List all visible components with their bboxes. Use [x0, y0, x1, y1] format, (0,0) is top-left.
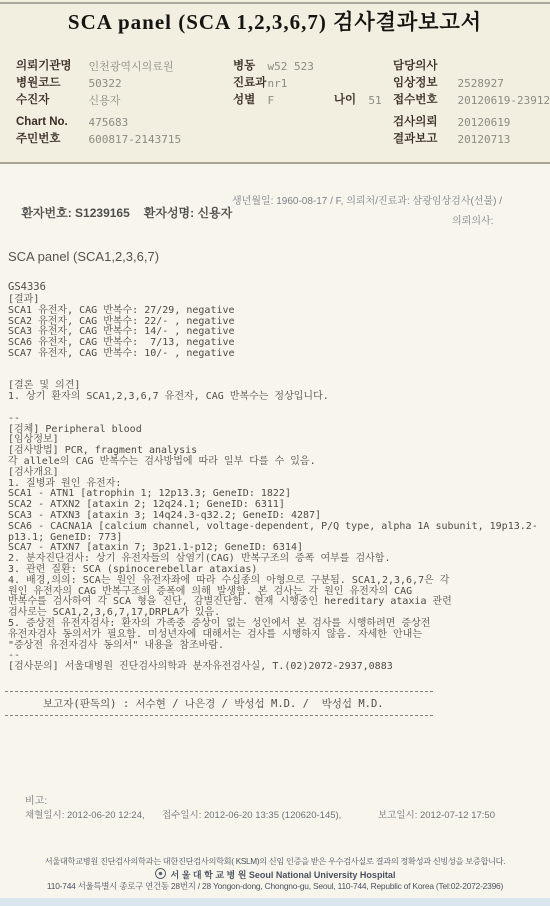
header-divider-line: [0, 162, 550, 164]
field-label-department: 진료과: [233, 75, 263, 92]
reported-datetime: 보고일시: 2012-07-12 17:50: [378, 807, 495, 821]
field-row: 접수번호 20120619-23912: [393, 92, 550, 109]
top-rule-line: [0, 2, 550, 4]
test-code: GS4336: [8, 281, 46, 293]
field-row: 결과보고 20120713: [393, 131, 550, 148]
report-title: SCA panel (SCA 1,2,3,6,7) 검사결과보고서: [0, 6, 550, 36]
hospital-name-text: 서 울 대 학 교 병 원 Seoul National University …: [171, 870, 396, 880]
field-value-hospital-code: 50322: [88, 77, 121, 90]
field-row: 주민번호 600817-2143715: [16, 131, 181, 148]
field-label-chart-no: Chart No.: [16, 114, 84, 131]
field-value-ordering-org: 인천광역시의료원: [88, 60, 173, 73]
field-value-department: nr1: [267, 75, 305, 92]
header-right-column: 담당의사 임상정보 2528927 접수번호 20120619-23912 검사…: [393, 58, 550, 148]
header-middle-column: 병동 w52 523 진료과 nr1 성별 F 나이 51: [233, 58, 406, 109]
referring-doctor-text: 의뢰의사:: [452, 212, 493, 227]
header-left-column: 의뢰기관명 인천광역시의료원 병원코드 50322 수진자 신용자 Chart …: [16, 58, 181, 148]
field-row: 병원코드 50322: [16, 75, 181, 92]
field-row: Chart No. 475683: [16, 114, 181, 131]
remarks-label: 비고:: [25, 792, 47, 807]
field-value-sex: F: [267, 92, 305, 109]
hospital-address-line: 110-744 서울특별시 종로구 연건동 28번지 / 28 Yongon-d…: [0, 880, 550, 892]
field-label-age: 나이: [334, 92, 364, 109]
bottom-edge-band: [0, 898, 550, 906]
field-row: 임상정보 2528927: [393, 75, 550, 92]
lab-report-page: SCA panel (SCA 1,2,3,6,7) 검사결과보고서 의뢰기관명 …: [0, 0, 550, 906]
field-row: 수진자 신용자: [16, 92, 181, 109]
field-label-clinical-info: 임상정보: [393, 75, 453, 92]
field-value-ward: w52 523: [267, 58, 313, 75]
field-row: 성별 F 나이 51: [233, 92, 406, 109]
field-label-attending-doctor: 담당의사: [393, 58, 453, 75]
collected-datetime: 채혈일시: 2012-06-20 12:24,: [25, 807, 145, 821]
received-datetime: 접수일시: 2012-06-20 13:35 (120620-145),: [162, 807, 341, 821]
certification-statement: 서울대학교병원 진단검사의학과는 대한진단검사의학회( KSLM)의 신임 인증…: [0, 856, 550, 867]
patient-id-text: 환자번호: S1239165: [21, 206, 129, 220]
field-value-chart-no: 475683: [88, 116, 128, 129]
field-value-resident-no: 600817-2143715: [88, 133, 181, 146]
field-label-result-reported: 결과보고: [393, 131, 453, 148]
field-label-accession-no: 접수번호: [393, 92, 453, 109]
field-row: 진료과 nr1: [233, 75, 406, 92]
field-row: 병동 w52 523: [233, 58, 406, 75]
field-label-test-requested: 검사의뢰: [393, 114, 453, 131]
reporter-signature-line: 보고자(판독의) : 서수현 / 나은경 / 박성섭 M.D. / 박성섭 M.…: [5, 691, 433, 716]
field-value-clinical-info: 2528927: [457, 77, 503, 90]
field-label-examinee: 수진자: [16, 92, 84, 109]
report-body-text: [결과] SCA1 유전자, CAG 반복수: 27/29, negative …: [8, 295, 538, 673]
field-value-accession-no: 20120619-23912: [457, 94, 550, 107]
field-label-sex: 성별: [233, 92, 263, 109]
field-label-resident-no: 주민번호: [16, 131, 84, 148]
field-row: 담당의사: [393, 58, 550, 75]
patient-id-name-line: 환자번호: S1239165환자성명: 신용자: [8, 190, 232, 235]
field-value-examinee: 신용자: [88, 94, 120, 107]
field-value-result-reported: 20120713: [457, 133, 510, 146]
field-label-ordering-org: 의뢰기관명: [16, 58, 84, 75]
field-label-ward: 병동: [233, 58, 263, 75]
patient-name-text: 환자성명: 신용자: [144, 206, 232, 220]
field-row: 검사의뢰 20120619: [393, 114, 550, 131]
field-value-test-requested: 20120619: [457, 116, 510, 129]
field-label-hospital-code: 병원코드: [16, 75, 84, 92]
hospital-logo-icon: [155, 868, 166, 879]
field-row: 의뢰기관명 인천광역시의료원: [16, 58, 181, 75]
panel-section-title: SCA panel (SCA1,2,3,6,7): [8, 249, 159, 264]
patient-birth-referrer-text: 생년월일: 1960-08-17 / F, 의뢰처/진료과: 삼광임상검사(선불…: [232, 192, 502, 207]
